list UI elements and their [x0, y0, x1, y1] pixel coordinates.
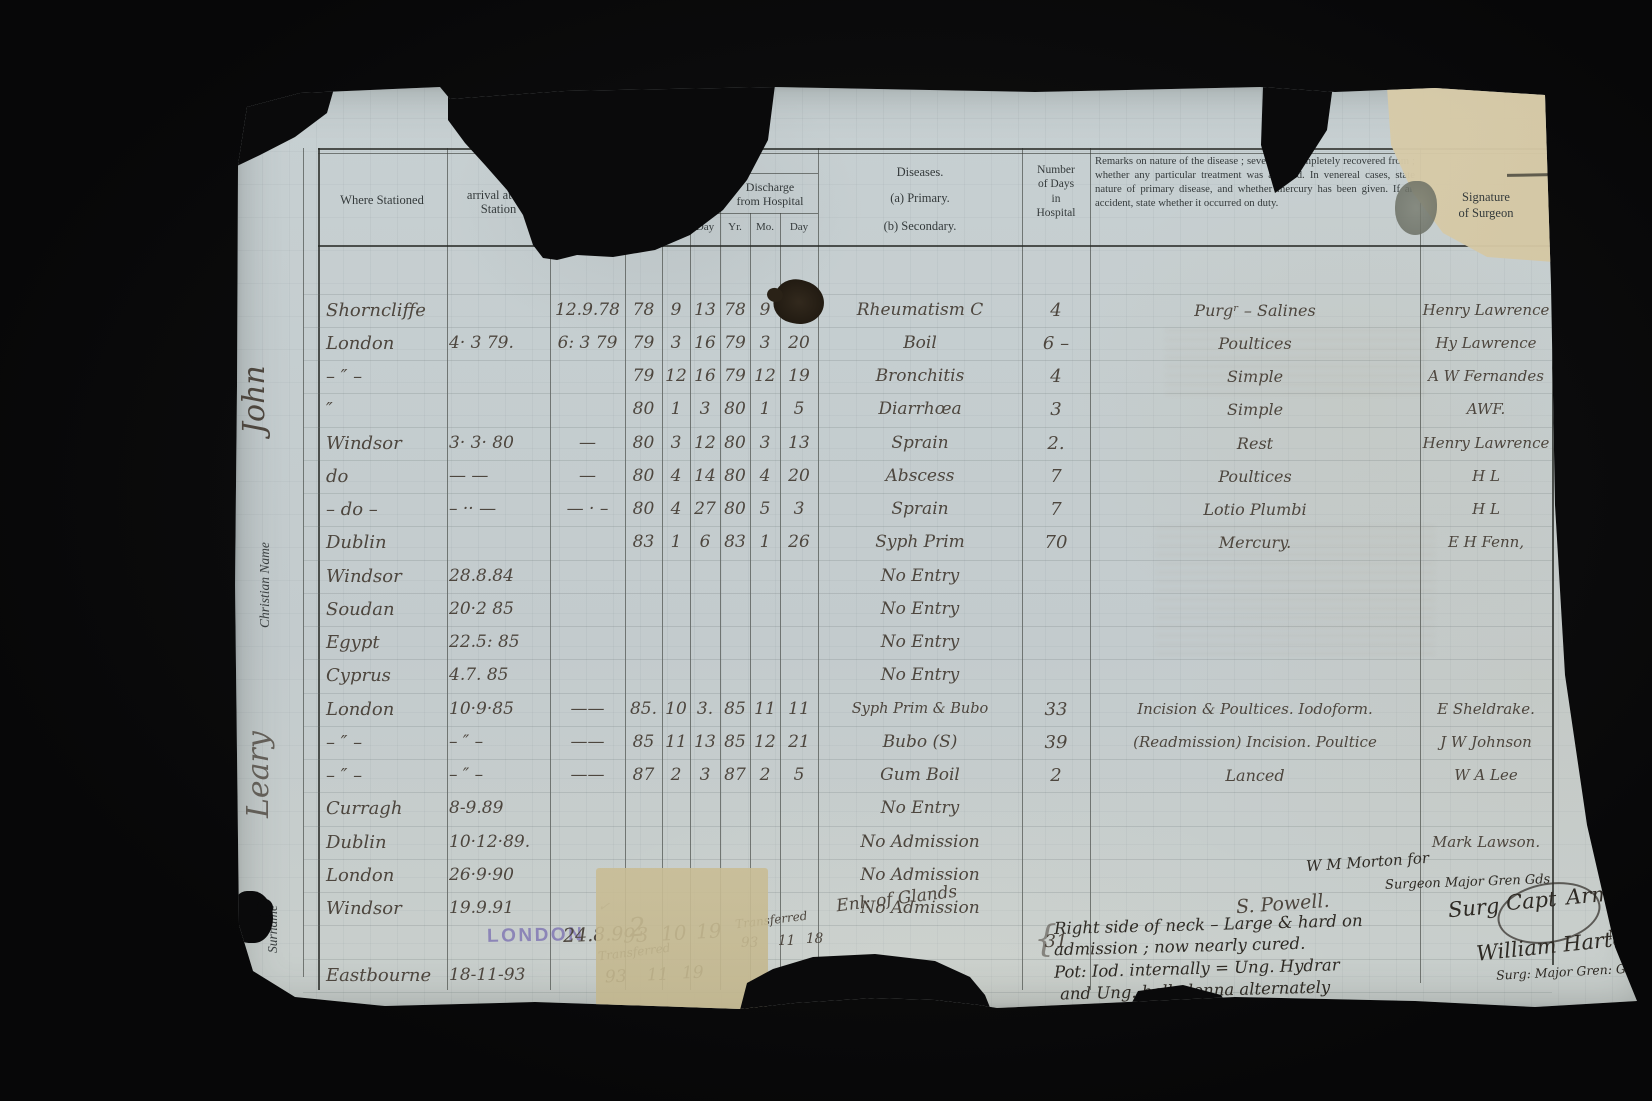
row-cell-att: — · – — [550, 493, 625, 526]
row-cell-st: Soudan — [326, 593, 444, 626]
row-cell-dy: 79 — [720, 327, 750, 360]
row-cell-sig: AWF. — [1420, 393, 1552, 426]
harte-rank: Surg: Major Gren: Gds — [1496, 960, 1641, 983]
row-cell-am: 11 — [662, 726, 690, 759]
row-cell-st: London — [326, 693, 444, 726]
row-cell-att: — — [550, 427, 625, 460]
border-line-on-tape — [1507, 172, 1613, 177]
transfer-day: 18 — [806, 931, 823, 947]
row-cell-dis: No Entry — [818, 792, 1022, 825]
row-cell-st: Windsor — [326, 892, 444, 925]
row-cell-sig: Hy Lawrence — [1420, 327, 1552, 360]
row-cell-sig: H L — [1420, 493, 1552, 526]
row-cell-ay: 83 — [625, 526, 662, 559]
row-cell-dis: No Entry — [818, 659, 1022, 692]
row-cell-st: Dublin — [326, 826, 444, 859]
grid-line — [447, 148, 448, 990]
row-cell-sig: E H Fenn, — [1420, 526, 1552, 559]
row-cell-dd: 3 — [780, 493, 818, 526]
row-cell-arr: – ″ – — [449, 759, 548, 792]
row-cell-ay: 78 — [625, 294, 662, 327]
row-cell-dis: Bronchitis — [818, 360, 1022, 393]
row-cell-ay: 80 — [625, 460, 662, 493]
column-header-signature: Signature of Surgeon — [1420, 189, 1552, 222]
row-cell-arr: – ·· — — [449, 493, 548, 526]
row-cell-rem: (Readmission) Incision. Poultice — [1090, 726, 1420, 759]
grid-line — [318, 148, 320, 990]
row-cell-days: 39 — [1022, 726, 1090, 759]
row-cell-sig: Henry Lawrence — [1420, 427, 1552, 460]
row-cell-dd: 5 — [780, 759, 818, 792]
row-cell-am: 12 — [662, 360, 690, 393]
row-cell-arr: 28.8.84 — [449, 560, 548, 593]
column-header-where-stationed: Where Stationed — [322, 193, 442, 208]
remarks-line-2: admission ; now nearly cured. — [1054, 934, 1306, 960]
row-cell-ad: 16 — [690, 327, 720, 360]
row-cell-st: ″ — [326, 393, 444, 426]
row-cell-ad: 16 — [690, 360, 720, 393]
row-cell-days: 6 – — [1022, 327, 1090, 360]
row-cell-sig: H L — [1420, 460, 1552, 493]
row-cell-dd: 26 — [780, 526, 818, 559]
row-cell-rem: Incision & Poultices. Iodoform. — [1090, 693, 1420, 726]
row-cell-arr: 26·9·90 — [449, 859, 548, 892]
row-cell-days: 3 — [1022, 393, 1090, 426]
row-cell-dm: 1 — [750, 393, 780, 426]
tape-patch-bottom — [596, 868, 768, 1010]
row-cell-ay: 87 — [625, 759, 662, 792]
column-header-diseases-secondary: (b) Secondary. — [818, 219, 1022, 234]
subheader-discharge-day: Day — [780, 221, 818, 233]
row-cell-dis: Bubo (S) — [818, 726, 1022, 759]
row-cell-arr: 4· 3 79. — [449, 327, 548, 360]
surname-handwritten: Leary — [241, 677, 276, 873]
row-cell-dy: 85 — [720, 726, 750, 759]
row-cell-days: 70 — [1022, 526, 1090, 559]
row-cell-st: – ″ – — [326, 759, 444, 792]
row-cell-arr: 20·2 85 — [449, 593, 548, 626]
row-cell-ay: 85 — [625, 726, 662, 759]
row-cell-dis: No Entry — [818, 593, 1022, 626]
column-header-diseases-primary: (a) Primary. — [818, 191, 1022, 206]
row-cell-dm: 4 — [750, 460, 780, 493]
ink-bleed-through — [1155, 525, 1435, 655]
row-cell-dy: 80 — [720, 393, 750, 426]
row-cell-ay: 80 — [625, 393, 662, 426]
row-cell-dd: 20 — [780, 327, 818, 360]
row-cell-dd: 20 — [780, 460, 818, 493]
row-cell-days: 4 — [1022, 360, 1090, 393]
row-cell-ay: 79 — [625, 360, 662, 393]
transfer-mo: 11 — [778, 933, 795, 949]
grid-line — [303, 148, 304, 977]
ink-bleed-through — [1165, 325, 1425, 395]
row-cell-ad: 6 — [690, 526, 720, 559]
row-cell-dy: 80 — [720, 427, 750, 460]
row-cell-sig: J W Johnson — [1420, 726, 1552, 759]
torn-hole-bottom-left — [233, 891, 273, 943]
row-cell-ad: 27 — [690, 493, 720, 526]
row-cell-rem: Lanced — [1090, 759, 1420, 792]
row-cell-arr: 22.5: 85 — [449, 626, 548, 659]
signature-morton: W M Morton for — [1306, 849, 1430, 876]
row-cell-ay: 80 — [625, 427, 662, 460]
row-cell-dis: No Entry — [818, 626, 1022, 659]
row-cell-st: – ″ – — [326, 726, 444, 759]
row-cell-att: 12.9.78 — [550, 294, 625, 327]
subheader-discharge-yr: Yr. — [720, 221, 750, 233]
row-cell-rem: Simple — [1090, 393, 1420, 426]
row-cell-ad: 3. — [690, 693, 720, 726]
row-cell-arr: — — — [449, 460, 548, 493]
row-cell-st: Egypt — [326, 626, 444, 659]
row-cell-rem: Rest — [1090, 427, 1420, 460]
grid-line — [1552, 148, 1554, 965]
row-cell-dis: Syph Prim — [818, 526, 1022, 559]
row-cell-ad: 3 — [690, 393, 720, 426]
row-cell-dy: 78 — [720, 294, 750, 327]
christian-name-handwritten: John — [237, 285, 272, 515]
row-cell-am: 10 — [662, 693, 690, 726]
row-cell-att: 6: 3 79 — [550, 327, 625, 360]
row-cell-dm: 12 — [750, 360, 780, 393]
row-cell-dis: No Admission — [818, 826, 1022, 859]
column-header-remarks: Remarks on nature of the disease ; sever… — [1095, 155, 1415, 211]
row-cell-ay: 79 — [625, 327, 662, 360]
row-cell-ay: 85. — [625, 693, 662, 726]
row-cell-dis: Gum Boil — [818, 759, 1022, 792]
row-cell-st: London — [326, 327, 444, 360]
row-cell-dm: 1 — [750, 526, 780, 559]
row-cell-sig: A W Fernandes — [1420, 360, 1552, 393]
row-cell-arr: 10·9·85 — [449, 693, 548, 726]
row-cell-dm: 11 — [750, 693, 780, 726]
row-cell-dis: Sprain — [818, 427, 1022, 460]
row-cell-dm: 3 — [750, 327, 780, 360]
row-cell-att: —— — [550, 693, 625, 726]
row-cell-st: – ″ – — [326, 360, 444, 393]
christian-name-label: Christian Name — [257, 505, 273, 665]
row-cell-days: 2 — [1022, 759, 1090, 792]
row-cell-arr: 3· 3· 80 — [449, 427, 548, 460]
row-cell-am: 3 — [662, 327, 690, 360]
row-cell-am: 1 — [662, 526, 690, 559]
row-cell-days: 33 — [1022, 693, 1090, 726]
row-cell-days: 7 — [1022, 493, 1090, 526]
row-cell-ad: 12 — [690, 427, 720, 460]
row-cell-st: Cyprus — [326, 659, 444, 692]
column-header-days-in-hospital: Number of Days in Hospital — [1022, 163, 1090, 221]
row-cell-rem: Purgʳ – Salines — [1090, 294, 1420, 327]
row-cell-dy: 83 — [720, 526, 750, 559]
row-cell-days: 4 — [1022, 294, 1090, 327]
row-cell-st: Windsor — [326, 427, 444, 460]
row-cell-arr: 10·12·89. — [449, 826, 548, 859]
row-cell-dy: 80 — [720, 493, 750, 526]
row-cell-st: Dublin — [326, 526, 444, 559]
row-cell-arr: – ″ – — [449, 726, 548, 759]
remarks-line-1: Right side of neck – Large & hard on — [1054, 911, 1363, 938]
row-cell-att: —— — [550, 726, 625, 759]
row-cell-st: – do – — [326, 493, 444, 526]
row-cell-days: 2. — [1022, 427, 1090, 460]
row-cell-st: Windsor — [326, 560, 444, 593]
row-cell-st: London — [326, 859, 444, 892]
row-cell-dd: 21 — [780, 726, 818, 759]
row-cell-dm: 12 — [750, 726, 780, 759]
torn-corner-top-left — [235, 85, 345, 175]
row-cell-ad: 13 — [690, 726, 720, 759]
row-cell-sig: E Sheldrake. — [1420, 693, 1552, 726]
row-cell-dd: 5 — [780, 393, 818, 426]
row-cell-dy: 79 — [720, 360, 750, 393]
grid-line — [550, 148, 551, 990]
row-cell-st: Shorncliffe — [326, 294, 444, 327]
row-cell-dy: 85 — [720, 693, 750, 726]
row-cell-dis: Syph Prim & Bubo — [818, 693, 1022, 726]
signature-surg: Surg — [1447, 894, 1500, 922]
row-cell-am: 2 — [662, 759, 690, 792]
row-cell-st: do — [326, 460, 444, 493]
row-cell-am: 4 — [662, 493, 690, 526]
row-cell-am: 9 — [662, 294, 690, 327]
row-cell-ad: 3 — [690, 759, 720, 792]
row-cell-dy: 87 — [720, 759, 750, 792]
row-cell-am: 1 — [662, 393, 690, 426]
row-cell-sig: Henry Lawrence — [1420, 294, 1552, 327]
column-header-diseases: Diseases. — [818, 165, 1022, 180]
row-cell-rem: Poultices — [1090, 460, 1420, 493]
row-cell-arr: 4.7. 85 — [449, 659, 548, 692]
row-cell-arr: 8-9.89 — [449, 792, 548, 825]
row-cell-dd: 11 — [780, 693, 818, 726]
row-cell-dis: No Entry — [818, 560, 1022, 593]
row-cell-st: Curragh — [326, 792, 444, 825]
row-cell-dm: 3 — [750, 427, 780, 460]
row-cell-sig: W A Lee — [1420, 759, 1552, 792]
row-cell-arr: 18-11-93 — [449, 959, 548, 992]
row-cell-dy: 80 — [720, 460, 750, 493]
row-cell-ad: 13 — [690, 294, 720, 327]
row-cell-dis: Boil — [818, 327, 1022, 360]
row-cell-dm: 2 — [750, 759, 780, 792]
row-cell-dd: 19 — [780, 360, 818, 393]
row-cell-dis: Abscess — [818, 460, 1022, 493]
row-cell-am: 4 — [662, 460, 690, 493]
grid-line — [1090, 148, 1091, 990]
document-sheet: Where Stationed arrival at the Station D… — [235, 85, 1652, 1010]
row-cell-sig: Mark Lawson. — [1420, 826, 1552, 859]
row-cell-dis: Rheumatism C — [818, 294, 1022, 327]
row-cell-days: 7 — [1022, 460, 1090, 493]
grid-line — [318, 245, 1552, 247]
row-cell-dm: 5 — [750, 493, 780, 526]
subheader-discharge-mo: Mo. — [750, 221, 780, 233]
row-cell-att: —— — [550, 759, 625, 792]
grid-line — [1022, 148, 1023, 990]
torn-area-top-center — [435, 85, 785, 265]
row-cell-att: — — [550, 460, 625, 493]
row-cell-rem: Lotio Plumbi — [1090, 493, 1420, 526]
row-cell-am: 3 — [662, 427, 690, 460]
row-cell-arr: 19.9.91 — [449, 892, 548, 925]
row-cell-ad: 14 — [690, 460, 720, 493]
row-cell-dis: Diarrhœa — [818, 393, 1022, 426]
row-cell-dd: 13 — [780, 427, 818, 460]
row-cell-st: Eastbourne — [326, 959, 444, 992]
signature-md: M.D. — [1607, 923, 1641, 943]
row-cell-dis: Sprain — [818, 493, 1022, 526]
row-cell-ay: 80 — [625, 493, 662, 526]
